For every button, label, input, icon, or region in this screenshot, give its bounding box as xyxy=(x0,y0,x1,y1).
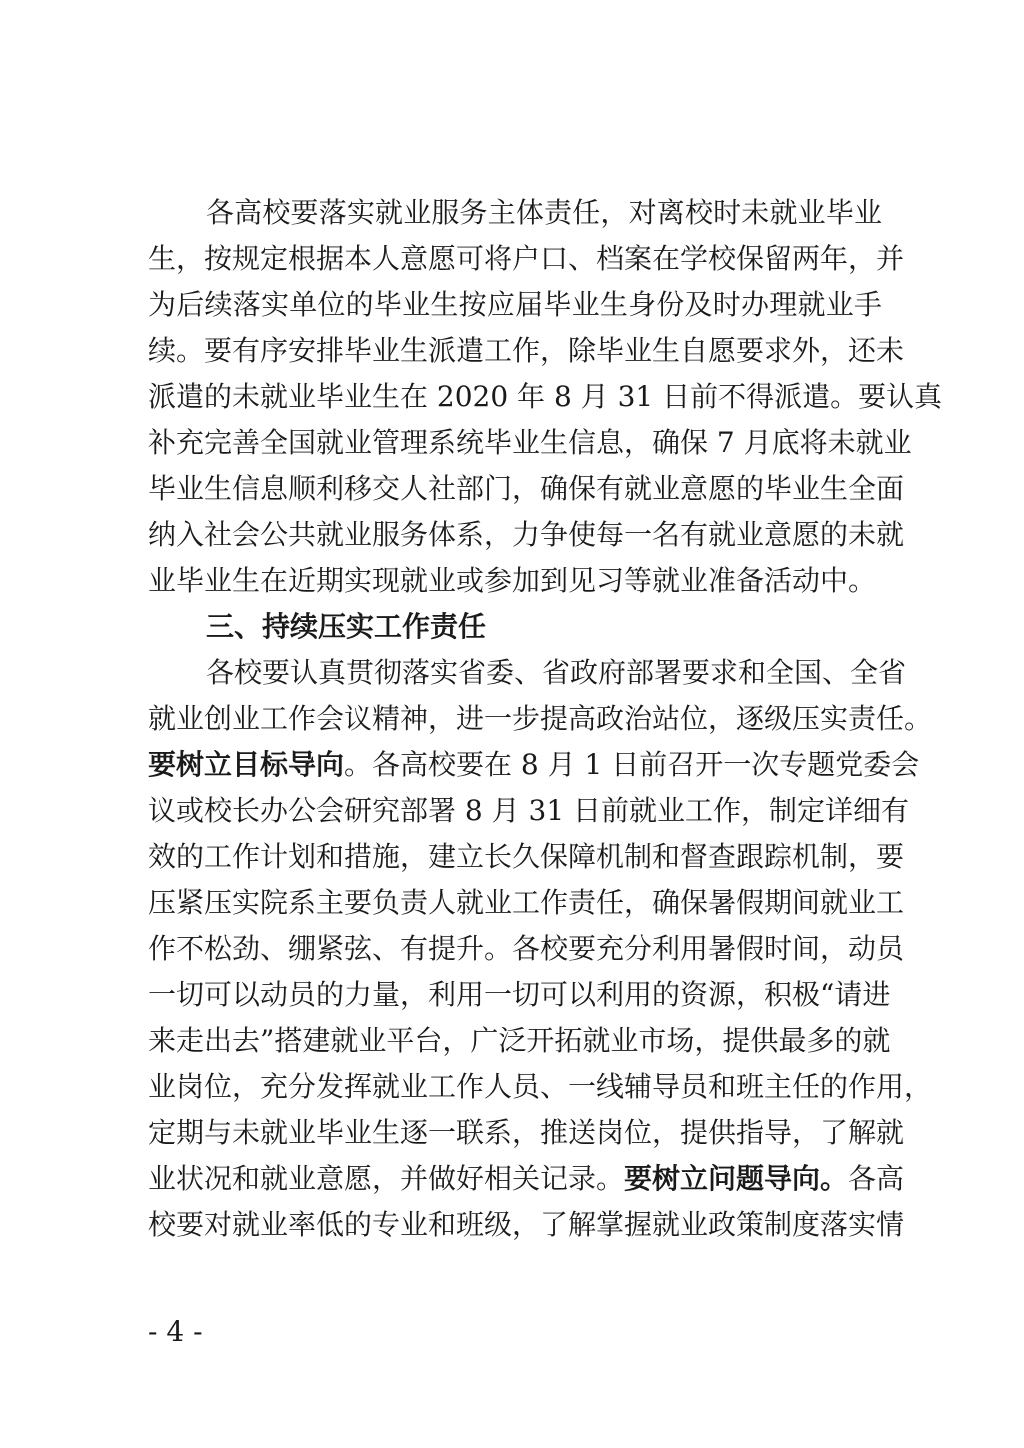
paragraph-line: 生，按规定根据本人意愿可将户口、档案在学校保留两年，并 xyxy=(148,239,882,279)
paragraph-line: 来走出去”搭建就业平台，广泛开拓就业市场，提供最多的就 xyxy=(148,1021,882,1061)
bold-emphasis-goal-orientation: 要树立目标导向 xyxy=(148,748,344,781)
paragraph-line: 议或校长办公会研究部署 8 月 31 日前就业工作，制定详细有 xyxy=(148,791,882,831)
paragraph-line: 业毕业生在近期实现就业或参加到见习等就业准备活动中。 xyxy=(148,561,882,601)
paragraph-line: 各校要认真贯彻落实省委、省政府部署要求和全国、全省 xyxy=(206,653,882,693)
paragraph-line: 校要对就业率低的专业和班级，了解掌握就业政策制度落实情 xyxy=(148,1205,882,1245)
paragraph-line: 压紧压实院系主要负责人就业工作责任，确保暑假期间就业工 xyxy=(148,883,882,923)
page-number: - 4 - xyxy=(148,1312,203,1352)
paragraph-line: 业状况和就业意愿，并做好相关记录。要树立问题导向。各高 xyxy=(148,1159,882,1199)
paragraph-line: 为后续落实单位的毕业生按应届毕业生身份及时办理就业手 xyxy=(148,285,882,325)
paragraph-line: 业岗位，充分发挥就业工作人员、一线辅导员和班主任的作用， xyxy=(148,1067,882,1107)
paragraph-line: 就业创业工作会议精神，进一步提高政治站位，逐级压实责任。 xyxy=(148,699,882,739)
paragraph-line: 定期与未就业毕业生逐一联系，推送岗位，提供指导，了解就 xyxy=(148,1113,882,1153)
line-text: 各高 xyxy=(848,1162,904,1195)
paragraph-line: 派遣的未就业毕业生在 2020 年 8 月 31 日前不得派遣。要认真 xyxy=(148,377,882,417)
line-text: 业状况和就业意愿，并做好相关记录。 xyxy=(148,1162,624,1195)
paragraph-line: 一切可以动员的力量，利用一切可以利用的资源，积极“请进 xyxy=(148,975,882,1015)
paragraph-line: 各高校要落实就业服务主体责任，对离校时未就业毕业 xyxy=(206,193,882,233)
paragraph-line: 要树立目标导向。各高校要在 8 月 1 日前召开一次专题党委会 xyxy=(148,745,882,785)
document-page: 各高校要落实就业服务主体责任，对离校时未就业毕业 生，按规定根据本人意愿可将户口… xyxy=(0,0,1024,1448)
paragraph-line: 续。要有序安排毕业生派遣工作，除毕业生自愿要求外，还未 xyxy=(148,331,882,371)
section-heading: 三、持续压实工作责任 xyxy=(206,607,882,647)
paragraph-line: 毕业生信息顺利移交人社部门，确保有就业意愿的毕业生全面 xyxy=(148,469,882,509)
paragraph-line: 补充完善全国就业管理系统毕业生信息，确保 7 月底将未就业 xyxy=(148,423,882,463)
bold-emphasis-problem-orientation: 要树立问题导向。 xyxy=(624,1162,848,1195)
paragraph-line: 作不松劲、绷紧弦、有提升。各校要充分利用暑假时间，动员 xyxy=(148,929,882,969)
line-text: 。各高校要在 8 月 1 日前召开一次专题党委会 xyxy=(344,748,919,781)
paragraph-line: 纳入社会公共就业服务体系，力争使每一名有就业意愿的未就 xyxy=(148,515,882,555)
paragraph-line: 效的工作计划和措施，建立长久保障机制和督查跟踪机制，要 xyxy=(148,837,882,877)
